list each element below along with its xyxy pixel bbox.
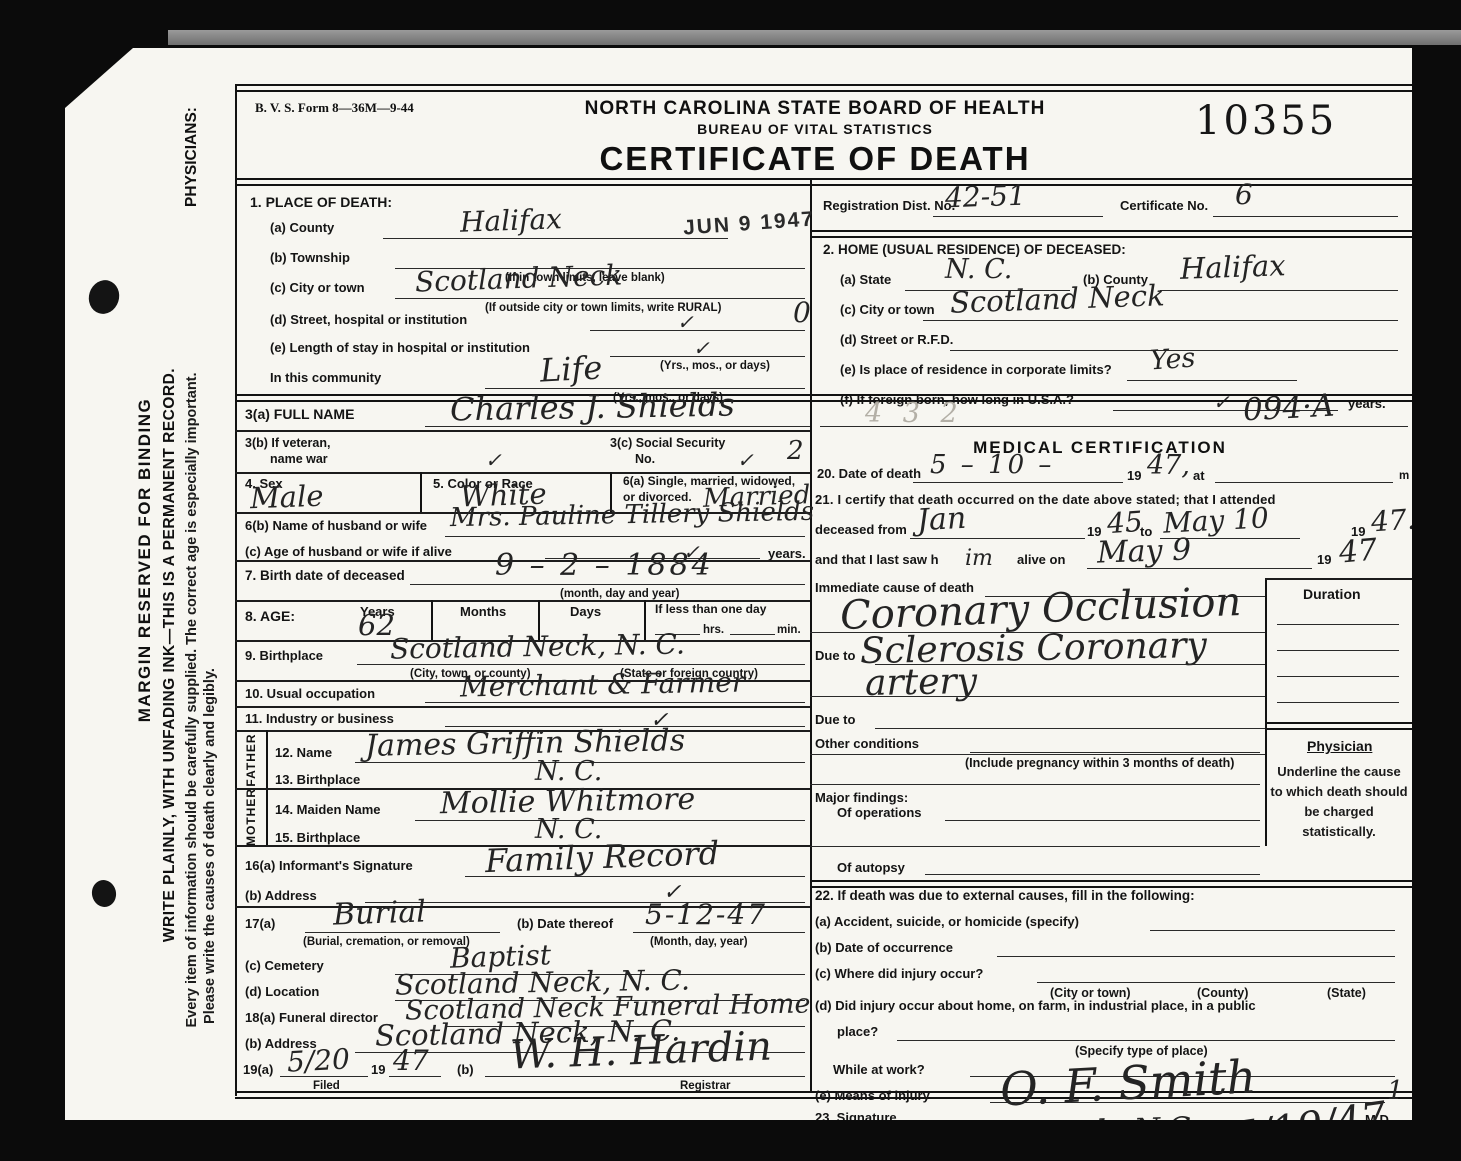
rule [1277, 676, 1399, 677]
s2b-county-value: Halifax [1179, 248, 1286, 286]
birthplace-value: Scotland Neck, N. C. [390, 627, 685, 665]
due-to-1-label: Due to [815, 648, 855, 663]
other-conditions-label: Other conditions [815, 736, 919, 751]
s21-from-label: deceased from [815, 522, 907, 537]
rule [280, 1076, 368, 1077]
form-number: B. V. S. Form 8—36M—9-44 [255, 100, 414, 116]
s14-label: 14. Maiden Name [275, 802, 381, 817]
rule [1215, 482, 1393, 483]
rule [970, 752, 1260, 753]
s12-label: 12. Name [275, 745, 332, 760]
rule [305, 932, 500, 933]
attended-to-year: 47. [1370, 502, 1412, 538]
s2c-city-value: Scotland Neck [949, 278, 1165, 319]
rule [410, 584, 805, 585]
s8-label: 8. AGE: [245, 608, 295, 624]
s3c-label-line1: 3(c) Social Security [610, 436, 725, 450]
rule [415, 820, 805, 821]
s22e-label: (e) Means of injury [815, 1088, 930, 1103]
row3-bottom-divider [235, 430, 810, 432]
s1e-note: (Yrs., mos., or days) [660, 360, 770, 372]
s20-pre: 19 [1127, 468, 1141, 483]
due-to-2-label: Due to [815, 712, 855, 727]
punch-hole-top [84, 276, 123, 318]
s2e-value: Yes [1149, 342, 1196, 376]
rule [810, 696, 1265, 697]
s1e-label: (e) Length of stay in hospital or instit… [270, 340, 530, 355]
physician-note: Underline the cause to which death shoul… [1270, 762, 1408, 842]
margin-every-item-note: Every item of information should be care… [184, 300, 200, 1100]
s1e-check: ✓ [693, 336, 710, 360]
s22a-label: (a) Accident, suicide, or homicide (spec… [815, 914, 1079, 929]
s7-label: 7. Birth date of deceased [245, 568, 405, 583]
certificate-no-value: 6 [1235, 178, 1253, 211]
last-seen-year: 47 [1338, 532, 1379, 570]
s22e-mark: 1 [1387, 1076, 1404, 1106]
s19-pre: 19 [371, 1062, 385, 1077]
rule [465, 876, 805, 877]
s1d-zero-value: 0 [793, 296, 811, 329]
s2e-label: (e) Is place of residence in corporate l… [840, 362, 1112, 377]
s15-label: 15. Birthplace [275, 830, 360, 845]
s1f-label: In this community [270, 370, 381, 385]
s21-saw-label: and that I last saw h [815, 552, 939, 567]
rule [1213, 216, 1398, 217]
s20-label: 20. Date of death [817, 466, 921, 481]
rule [1087, 568, 1312, 569]
rule [810, 846, 1260, 847]
s17c-label: (c) Cemetery [245, 958, 324, 973]
full-name-value: Charles J. Shields [450, 386, 735, 429]
s22c-label: (c) Where did injury occur? [815, 966, 983, 981]
code-094a: 094·A [1242, 388, 1335, 429]
scanned-death-certificate: MARGIN RESERVED FOR BINDING WRITE PLAINL… [0, 0, 1461, 1161]
s3c-label-line2: No. [635, 452, 655, 466]
s3b-label-line1: 3(b) If veteran, [245, 436, 330, 450]
s17b-label: (b) Date thereof [517, 916, 613, 931]
section1-title: 1. PLACE OF DEATH: [250, 194, 392, 210]
s3a-label: 3(a) FULL NAME [245, 406, 354, 422]
margin-physicians-label: PHYSICIANS: [183, 87, 201, 227]
s17a-note: (Burial, cremation, or removal) [303, 936, 470, 948]
s22c-note-state: (State) [1327, 986, 1366, 1000]
physician-signature: O. F. Smith [999, 1049, 1258, 1116]
registration-divider [810, 230, 1412, 238]
s8-hrs-label: hrs. [703, 624, 724, 636]
s22-top-divider [810, 880, 1412, 888]
rule [383, 238, 728, 239]
margin-binding-note: MARGIN RESERVED FOR BINDING [135, 240, 155, 880]
attended-from-value: Jan [916, 501, 967, 539]
burial-date-value: 5-12-47 [645, 898, 767, 931]
rule [875, 728, 1265, 729]
s8-months-label: Months [460, 604, 506, 619]
sex-value: Male [249, 479, 324, 516]
registrar-caption: Registrar [680, 1080, 731, 1092]
s1f-community-value: Life [539, 348, 603, 389]
s8-days-label: Days [570, 604, 601, 619]
duration-label: Duration [1303, 586, 1361, 602]
certificate-no-label: Certificate No. [1120, 198, 1208, 213]
cell-divider [420, 472, 422, 512]
s6c-suffix: years. [768, 546, 806, 561]
rule [590, 330, 805, 331]
s2a-label: (a) State [840, 272, 891, 287]
rule [810, 784, 1260, 785]
s8-less-label: If less than one day [655, 602, 766, 616]
s11-label: 11. Industry or business [245, 711, 394, 726]
burial-value: Burial [332, 894, 426, 932]
s2d-label: (d) Street or R.F.D. [840, 332, 953, 347]
s22d-label-line2: place? [837, 1024, 878, 1039]
s6b-label: 6(b) Name of husband or wife [245, 518, 427, 533]
s3c-check: ✓ [737, 448, 754, 472]
s22b-label: (b) Date of occurrence [815, 940, 953, 955]
duration-box-bottom-border [1265, 722, 1412, 730]
s1a-county-value: Halifax [459, 202, 562, 239]
rule [1127, 380, 1297, 381]
s16a-label: 16(a) Informant's Signature [245, 858, 413, 873]
registration-dist-label: Registration Dist. No. [823, 198, 955, 213]
rule [1160, 290, 1398, 291]
s3c-value: 2 [787, 436, 804, 466]
margin-causes-note: Please write the causes of death clearly… [202, 596, 218, 1096]
s16b-label: (b) Address [245, 888, 317, 903]
rule [925, 874, 1260, 875]
father-birthplace-value: N. C. [535, 756, 602, 787]
s6c-label: (c) Age of husband or wife if alive [245, 544, 452, 559]
punch-hole-bottom [89, 878, 118, 909]
s1c-label: (c) City or town [270, 280, 365, 295]
margin-write-plainly-note: WRITE PLAINLY, WITH UNFADING INK—THIS IS… [161, 225, 179, 1085]
of-autopsy-label: Of autopsy [837, 860, 905, 875]
spouse-name-value: Mrs. Pauline Tillery Shields [450, 497, 815, 533]
physician-label: Physician [1307, 738, 1372, 754]
s17a-label: 17(a) [245, 916, 275, 931]
certificate-paper: MARGIN RESERVED FOR BINDING WRITE PLAINL… [65, 48, 1412, 1120]
rule [395, 298, 805, 299]
s21-saw-pre: 19 [1317, 552, 1331, 567]
rule [425, 702, 805, 703]
certificate-title: CERTIFICATE OF DEATH [465, 140, 1165, 178]
s9-label: 9. Birthplace [245, 648, 323, 663]
s13-label: 13. Birthplace [275, 772, 360, 787]
rule [945, 820, 1260, 821]
s1b-label: (b) Township [270, 250, 350, 265]
rule [933, 216, 1103, 217]
s17d-label: (d) Location [245, 984, 319, 999]
s2c-label: (c) City or town [840, 302, 935, 317]
of-operations-label: Of operations [837, 805, 922, 820]
rule [389, 1076, 441, 1077]
due-to-1-value-line2: artery [865, 661, 978, 704]
filed-caption: Filed [313, 1080, 340, 1092]
rule [730, 634, 775, 635]
s18a-label: 18(a) Funeral director [245, 1010, 378, 1025]
rule [1150, 930, 1395, 931]
saw-blank-value: im [965, 546, 993, 571]
rule [897, 1040, 1395, 1041]
informant-value: Family Record [484, 834, 719, 880]
registrar-signature: W. H. Hardin [509, 1023, 772, 1078]
rule [1037, 982, 1395, 983]
s20-at: at [1193, 468, 1205, 483]
father-name-value: James Griffin Shields [365, 723, 686, 764]
form-top-border [235, 84, 1412, 92]
s1d-check: ✓ [677, 310, 694, 334]
rule [1277, 702, 1399, 703]
rule [425, 426, 810, 427]
s3b-check: ✓ [485, 448, 502, 472]
rule [810, 754, 1265, 755]
duration-box-top-border [1265, 578, 1412, 580]
rule [1277, 624, 1399, 625]
bureau-subtitle: BUREAU OF VITAL STATISTICS [465, 121, 1165, 137]
s17b-note: (Month, day, year) [650, 936, 748, 948]
rule [910, 538, 1085, 539]
death-date-value: 5 – 10 – [930, 450, 1054, 480]
filed-date-value: 5/20 [286, 1042, 351, 1078]
birth-date-value: 9 – 2 – 1884 [495, 548, 714, 583]
duration-box-left-border [1265, 578, 1267, 846]
pencil-notation: 4 3 2 [865, 398, 964, 429]
s7-note: (month, day and year) [560, 588, 680, 600]
row3-top-divider [235, 394, 1412, 402]
serial-number: 10355 [1195, 98, 1337, 144]
last-seen-value: May 9 [1096, 532, 1191, 570]
rule [485, 1076, 805, 1077]
s19-label: 19(a) [243, 1062, 273, 1077]
s8-min-label: min. [777, 624, 801, 636]
s23-label: 23. Signature [815, 1110, 897, 1120]
rule [1277, 650, 1399, 651]
board-title: NORTH CAROLINA STATE BOARD OF HEALTH [465, 98, 1165, 120]
scan-artifact-top-band [168, 30, 1461, 45]
medical-certification-title: MEDICAL CERTIFICATION [830, 438, 1370, 458]
occupation-value: Merchant & Farmer [460, 666, 746, 704]
rule [997, 956, 1395, 957]
form-left-border [235, 84, 237, 1096]
rule [633, 932, 805, 933]
filed-year-value: 47 [393, 1044, 429, 1077]
s1c-city-value: Scotland Neck [414, 258, 622, 298]
death-year-value: 47, [1147, 450, 1190, 481]
s22-work-label: While at work? [833, 1062, 925, 1077]
received-date-stamp: JUN 9 1947 [682, 207, 815, 240]
other-conditions-note: (Include pregnancy within 3 months of de… [965, 756, 1234, 770]
rule [923, 320, 1398, 321]
row11-top-divider [235, 706, 810, 708]
s22-title: 22. If death was due to external causes,… [815, 888, 1195, 903]
s22d-label-line1: (d) Did injury occur about home, on farm… [815, 998, 1256, 1013]
s21-alive-label: alive on [1017, 552, 1065, 567]
registration-dist-value: 42-51 [944, 179, 1026, 215]
s20-m: m [1399, 470, 1409, 482]
s1d-label: (d) Street, hospital or institution [270, 312, 467, 327]
rule [913, 482, 1123, 483]
s19b-label: (b) [457, 1062, 474, 1077]
s10-label: 10. Usual occupation [245, 686, 375, 701]
major-findings-label: Major findings: [815, 790, 908, 805]
s1a-label: (a) County [270, 220, 334, 235]
s2a-state-value: N. C. [945, 254, 1012, 285]
rule [445, 536, 805, 537]
s3b-label-line2: name war [270, 452, 328, 466]
